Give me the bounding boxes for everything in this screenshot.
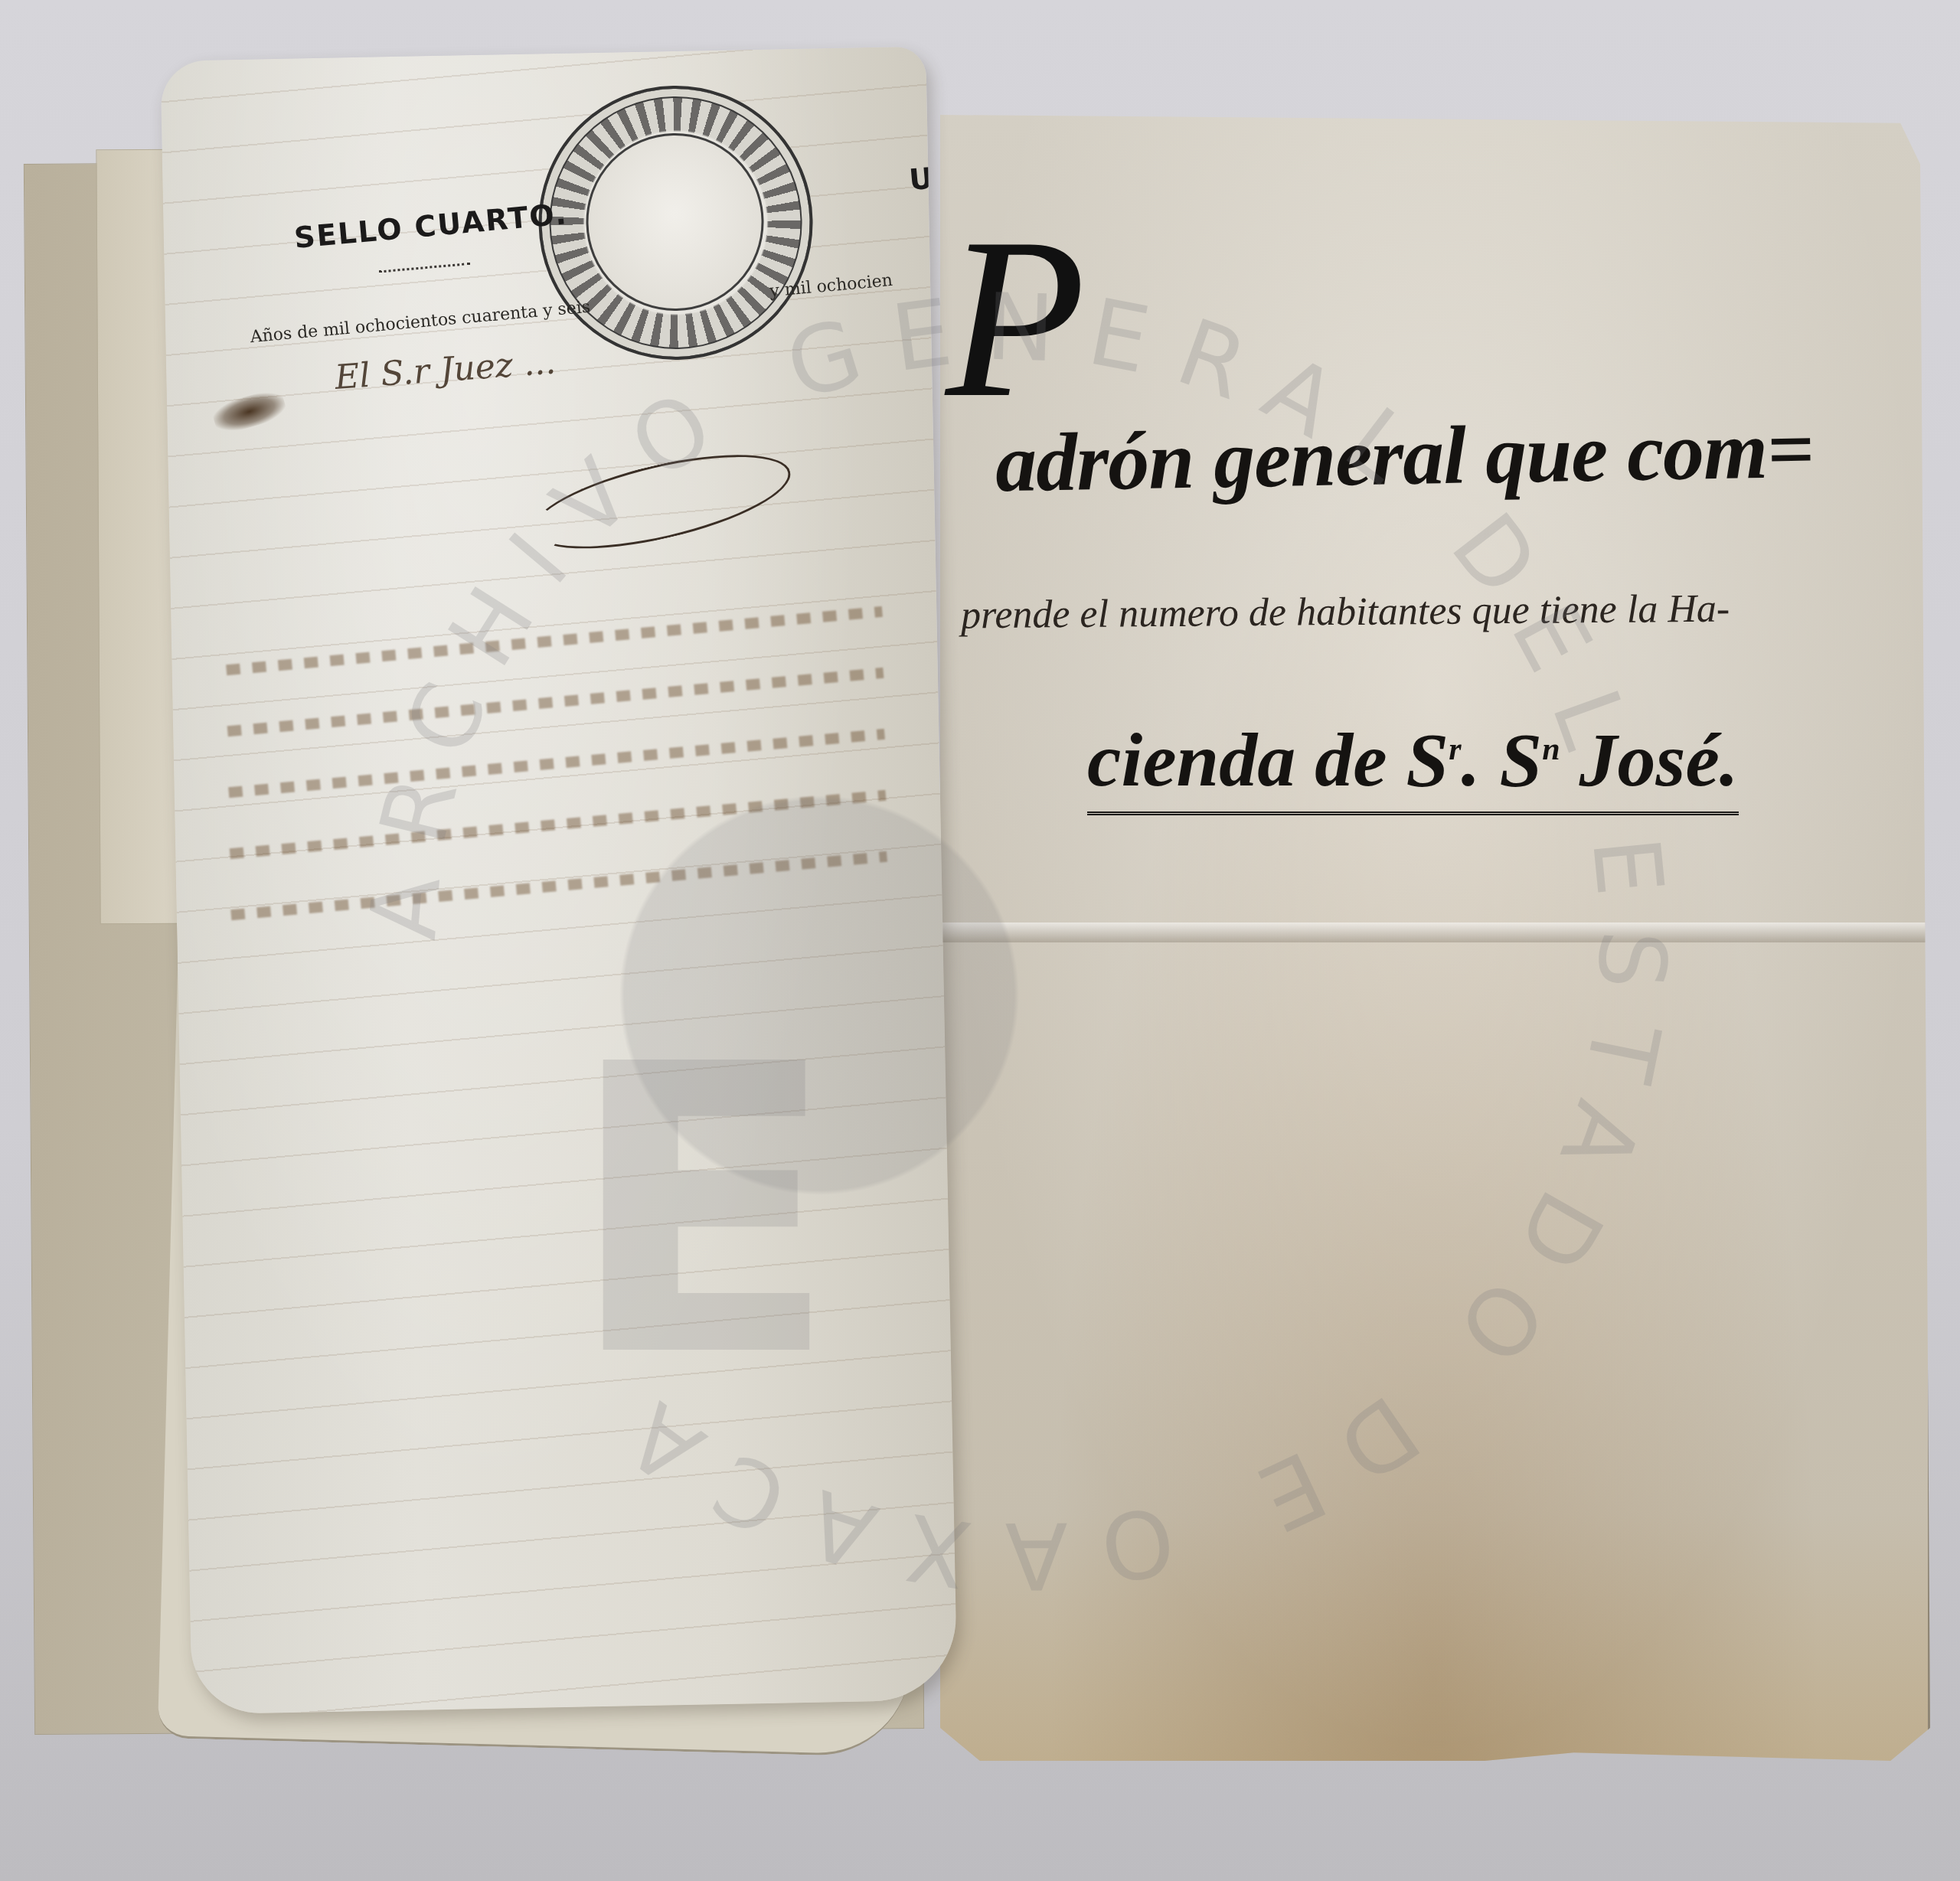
seal-embossed-center	[584, 132, 765, 312]
photo-scene: SELLO CUARTO. Años de mil ochocientos cu…	[0, 0, 1960, 1881]
watermark-letter: E	[567, 980, 838, 1444]
title-line-3-mid: . S	[1462, 717, 1543, 802]
title-initial-letter: P	[946, 203, 1086, 433]
title-line-3-prefix: cienda de S	[1087, 717, 1449, 802]
title-sup-n: n	[1542, 732, 1560, 767]
title-sup-r: r	[1449, 732, 1461, 767]
title-line-2: prende el numero de habitantes que tiene…	[961, 586, 1730, 638]
title-line-1: adrón general que com=	[995, 403, 1815, 512]
title-line-3: cienda de Sr. Sn José.	[1087, 716, 1739, 815]
title-line-3-suffix: José.	[1560, 717, 1739, 802]
